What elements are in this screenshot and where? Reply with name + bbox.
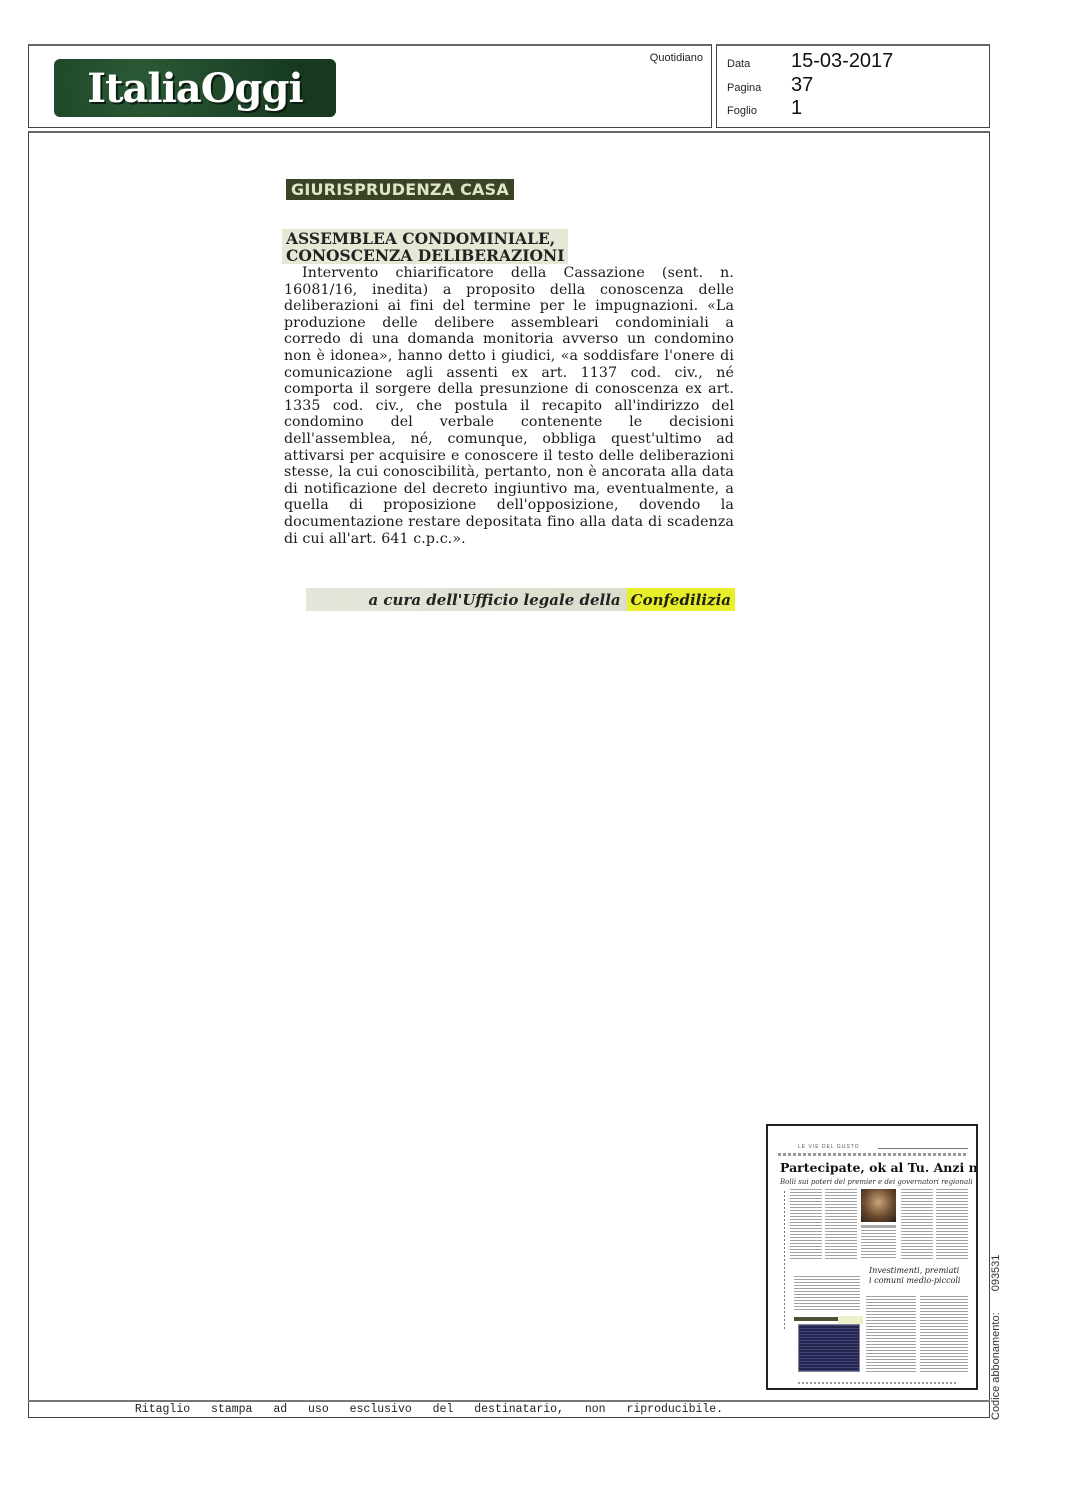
headline-line-2: CONOSCENZA DELIBERAZIONI	[286, 247, 564, 264]
thumbnail-column	[936, 1189, 968, 1259]
article-byline: a cura dell'Ufficio legale della Confedi…	[306, 588, 735, 611]
thumbnail-photo	[861, 1189, 896, 1222]
thumbnail-footer	[798, 1382, 958, 1384]
meta-page-label: Pagina	[727, 82, 791, 94]
headline-line-1: ASSEMBLEA CONDOMINIALE,	[286, 230, 564, 247]
thumbnail-title-2-line-2: i comuni medio-piccoli	[869, 1276, 960, 1286]
thumbnail-boxed-article	[798, 1324, 860, 1372]
thumbnail-photo-caption	[861, 1225, 896, 1228]
thumbnail-box-highlight	[838, 1316, 863, 1324]
meta-page-value: 37	[791, 74, 813, 97]
thumbnail-title-2-line-1: Investimenti, premiati	[869, 1266, 960, 1276]
byline-prefix: a cura dell'Ufficio legale della	[368, 591, 626, 609]
thumbnail-rule	[878, 1148, 968, 1149]
thumbnail-side-rule	[784, 1191, 785, 1331]
article-headline: ASSEMBLEA CONDOMINIALE, CONOSCENZA DELIB…	[282, 229, 568, 264]
thumbnail-column	[866, 1296, 916, 1372]
header-meta-box: Data 15-03-2017 Pagina 37 Foglio 1	[716, 44, 990, 128]
meta-date-value: 15-03-2017	[791, 50, 893, 73]
thumbnail-column	[920, 1296, 968, 1372]
header-masthead-box: ItaliaOggi Quotidiano	[28, 44, 712, 128]
thumbnail-column	[794, 1276, 860, 1312]
page-thumbnail: LE VIE DEL GUSTO Partecipate, ok al Tu. …	[766, 1124, 978, 1390]
subscription-code-label: Codice abbonamento:	[990, 1312, 1002, 1420]
footer-notice-bar: Ritaglio stampa ad uso esclusivo del des…	[28, 1400, 990, 1418]
thumbnail-column	[825, 1189, 857, 1259]
meta-sheet-value: 1	[791, 97, 802, 120]
thumbnail-title: Partecipate, ok al Tu. Anzi no	[780, 1160, 978, 1175]
italiaoggi-logo: ItaliaOggi	[54, 59, 336, 117]
thumbnail-title-2: Investimenti, premiati i comuni medio-pi…	[869, 1266, 960, 1286]
thumbnail-subtitle: Bolli sui poteri del premier e dei gover…	[780, 1178, 973, 1186]
thumbnail-column	[790, 1189, 822, 1259]
meta-page: Pagina 37	[727, 74, 813, 97]
thumbnail-box-label	[794, 1317, 838, 1321]
meta-sheet-label: Foglio	[727, 105, 791, 117]
logo-text: ItaliaOggi	[87, 65, 302, 112]
thumbnail-kicker: LE VIE DEL GUSTO	[798, 1144, 860, 1150]
thumbnail-column	[861, 1230, 896, 1258]
subscription-code: Codice abbonamento: 093531	[990, 1220, 1006, 1420]
article-body: Intervento chiarificatore della Cassazio…	[284, 265, 734, 547]
meta-date: Data 15-03-2017	[727, 50, 893, 73]
byline-brand: Confedilizia	[627, 588, 735, 611]
publication-type: Quotidiano	[650, 52, 703, 64]
thumbnail-deck	[778, 1153, 968, 1156]
subscription-code-value: 093531	[990, 1255, 1002, 1292]
section-label: GIURISPRUDENZA CASA	[286, 179, 514, 200]
meta-date-label: Data	[727, 58, 791, 70]
meta-sheet: Foglio 1	[727, 97, 802, 120]
thumbnail-column	[901, 1189, 933, 1259]
footer-notice: Ritaglio stampa ad uso esclusivo del des…	[135, 1403, 723, 1416]
